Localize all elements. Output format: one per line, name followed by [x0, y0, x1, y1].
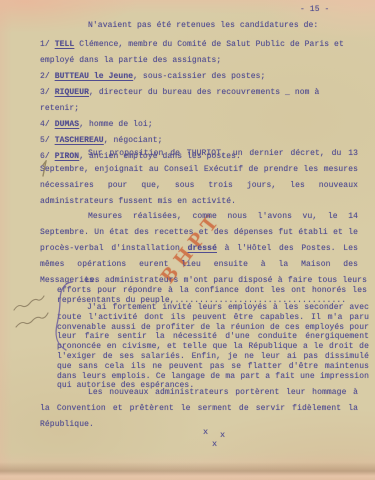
page-number: - 15 - [300, 5, 329, 14]
candidate-name: TELL [55, 40, 75, 49]
pencil-margin-note-line2 [16, 313, 48, 327]
candidate-name: BUTTEAU le Jeune [55, 72, 133, 81]
paragraph-administrateurs: Les administrateurs m'ont paru disposé à… [57, 276, 367, 306]
pencil-margin-note-line1 [14, 296, 44, 310]
candidate-number: 5/ [40, 136, 55, 145]
mesures-underlined-word: dressé [188, 244, 217, 253]
end-mark-x: x [220, 430, 225, 440]
candidate-name: DUMAS [55, 120, 80, 129]
candidate-item: 2/ BUTTEAU le Jeune, sous-caissier des p… [40, 69, 352, 85]
bottom-page-crease [0, 462, 375, 480]
candidate-name: TASCHEREAU [55, 136, 104, 145]
candidate-name: RIQUEUR [55, 88, 89, 97]
paragraph-invitation: J'ai fortement invité leurs employés à l… [57, 303, 369, 391]
candidate-item: 4/ DUMAS, homme de loi; [40, 117, 352, 133]
candidate-description: , négociant; [104, 136, 163, 145]
intro-line: N'avaient pas été retenues les candidatu… [88, 21, 318, 30]
candidate-description: Clémence, membre du Comité de Salut Publ… [40, 40, 344, 65]
paragraph-decree: Sur proposition de THURIOT, un dernier d… [40, 146, 358, 210]
candidate-description: , sous-caissier des postes; [133, 72, 265, 81]
candidate-number: 3/ [40, 88, 55, 97]
candidate-number: 1/ [40, 40, 55, 49]
scanned-typescript-page: BHPT - 15 - N'avaient pas été retenues l… [0, 0, 375, 480]
candidate-item: 3/ RIQUEUR, directeur du bureau des reco… [40, 85, 352, 117]
end-mark-x: x [212, 439, 217, 449]
end-mark-x: x [203, 427, 208, 437]
paragraph-hommage: Les nouveaux administrateurs portèrent l… [40, 385, 358, 433]
candidate-number: 4/ [40, 120, 55, 129]
candidate-description: , homme de loi; [79, 120, 153, 129]
candidate-item: 1/ TELL Clémence, membre du Comité de Sa… [40, 37, 352, 69]
candidate-number: 2/ [40, 72, 55, 81]
